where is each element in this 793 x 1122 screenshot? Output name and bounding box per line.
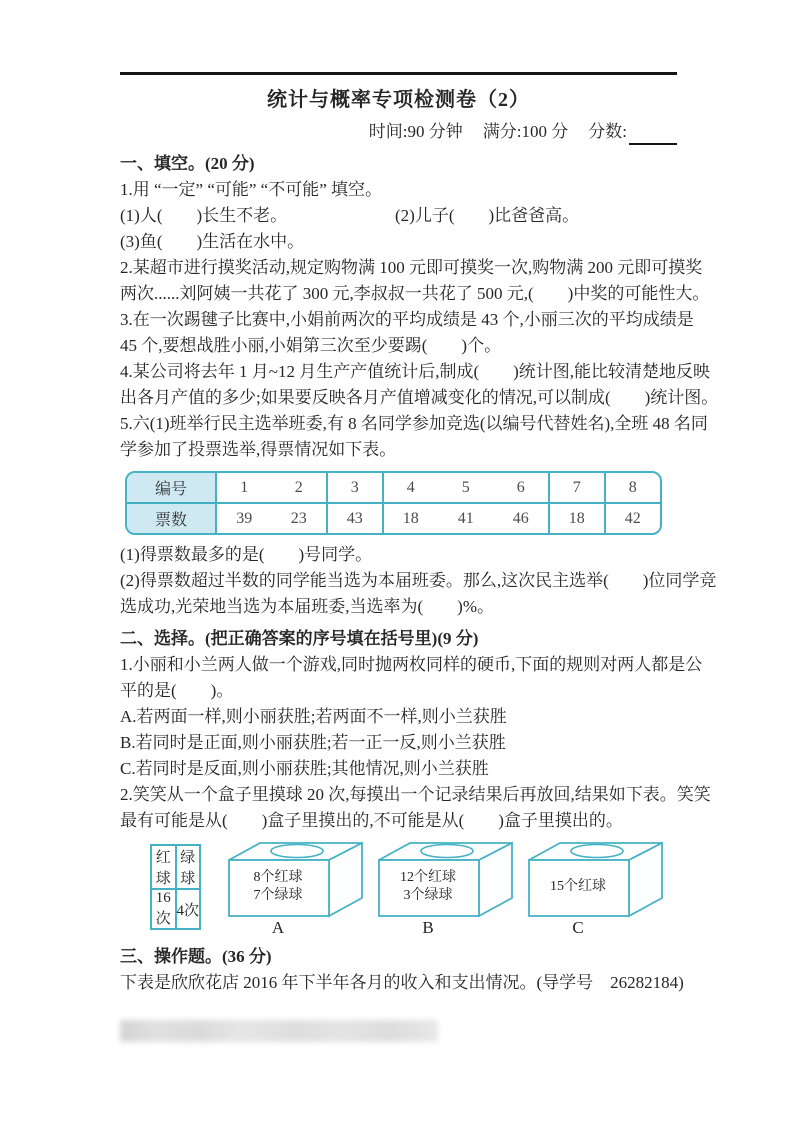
box-b-contents: 12个红球 3个绿球	[379, 860, 477, 914]
box-a-line2: 7个绿球	[254, 887, 303, 905]
section-2-heading: 二、选择。(把正确答案的序号填在括号里)(9 分)	[120, 626, 677, 652]
s1-q5-sub2-line1: (2)得票数超过半数的同学能当选为本届班委。那么,这次民主选举( )位同学竞	[120, 568, 677, 594]
section-3-heading: 三、操作题。(36 分)	[120, 944, 677, 970]
ball-drawing-figure: 红球 绿球 16次 4次 8个红球 7个绿球 A	[150, 838, 677, 938]
s1-q5-line1: 5.六(1)班举行民主选举班委,有 8 名同学参加竞选(以编号代替姓名),全班 …	[120, 411, 677, 437]
box-c-line1: 15个红球	[550, 878, 606, 896]
s2-q2-line1: 2.笑笑从一个盒子里摸球 20 次,每摸出一个记录结果后再放回,结果如下表。笑笑	[120, 782, 677, 808]
s1-q3-line2: 45 个,要想战胜小丽,小娟第三次至少要踢( )个。	[120, 333, 677, 359]
s3-intro: 下表是欣欣花店 2016 年下半年各月的收入和支出情况。(导学号 2628218…	[120, 970, 677, 996]
header-rule	[120, 72, 677, 75]
s1-q5-sub1: (1)得票数最多的是( )号同学。	[120, 542, 677, 568]
s2-q1-option-b: B.若同时是正面,则小丽获胜;若一正一反,则小兰获胜	[120, 730, 677, 756]
vote-count-cell: 41	[438, 503, 494, 533]
box-b: 12个红球 3个绿球 B	[377, 838, 515, 938]
record-header-red: 红球	[151, 845, 176, 889]
vote-count-cell: 43	[327, 503, 383, 533]
s1-q4-line1: 4.某公司将去年 1 月~12 月生产产值统计后,制成( )统计图,能比较清楚地…	[120, 359, 677, 385]
s1-q4-line2: 出各月产值的多少;如果要反映各月产值增减变化的情况,可以制成( )统计图。	[120, 385, 677, 411]
s2-q1-option-a: A.若两面一样,则小丽获胜;若两面不一样,则小兰获胜	[120, 704, 677, 730]
box-a-label: A	[229, 918, 327, 938]
score-label: 分数:	[588, 119, 627, 145]
s1-q1-stem: 1.用 “一定” “可能” “不可能” 填空。	[120, 177, 677, 203]
box-b-line1: 12个红球	[400, 869, 456, 887]
box-c: 15个红球 C	[527, 838, 665, 938]
s2-q1-line1: 1.小丽和小兰两人做一个游戏,同时抛两枚同样的硬币,下面的规则对两人都是公	[120, 652, 677, 678]
vote-table: 编号 1 2 3 4 5 6 7 8 票数 39 23 43 18 41 46 …	[125, 471, 662, 535]
score-blank-line	[629, 123, 677, 145]
vote-count-cell: 42	[605, 503, 661, 533]
s2-q1-line2: 平的是( )。	[120, 678, 677, 704]
s1-q2-line2: 两次......刘阿姨一共花了 300 元,李叔叔一共花了 500 元,( )中…	[120, 281, 677, 307]
vote-id-cell: 7	[549, 473, 605, 503]
vote-table-id-row: 编号 1 2 3 4 5 6 7 8	[127, 473, 660, 503]
box-c-label: C	[529, 918, 627, 938]
vote-count-cell: 18	[383, 503, 439, 533]
box-b-line2: 3个绿球	[404, 887, 453, 905]
s1-q5-sub2-line2: 选成功,光荣地当选为本届班委,当选率为( )%。	[120, 594, 677, 620]
vote-id-cell: 3	[327, 473, 383, 503]
page-title: 统计与概率专项检测卷（2）	[120, 86, 677, 114]
vote-count-cell: 46	[494, 503, 550, 533]
vote-count-cell: 39	[216, 503, 272, 533]
vote-table-votes-row: 票数 39 23 43 18 41 46 18 42	[127, 503, 660, 533]
s1-q1-item2: (2)儿子( )比爸爸高。	[395, 206, 579, 225]
exam-full-score: 满分:100 分	[483, 119, 568, 145]
box-b-label: B	[379, 918, 477, 938]
s1-q1-items-row: (1)人( )长生不老。(2)儿子( )比爸爸高。	[120, 203, 677, 229]
s2-q2-line2: 最有可能是从( )盒子里摸出的,不可能是从( )盒子里摸出的。	[120, 808, 677, 834]
vote-id-cell: 1	[216, 473, 272, 503]
vote-count-cell: 18	[549, 503, 605, 533]
s1-q5-line2: 学参加了投票选举,得票情况如下表。	[120, 437, 677, 463]
s1-q3-line1: 3.在一次踢毽子比赛中,小娟前两次的平均成绩是 43 个,小丽三次的平均成绩是	[120, 307, 677, 333]
s1-q1-item1: (1)人( )长生不老。	[120, 203, 395, 229]
vote-id-cell: 6	[494, 473, 550, 503]
test-paper-page: 统计与概率专项检测卷（2） 时间:90 分钟 满分:100 分 分数: 一、填空…	[120, 72, 677, 996]
vote-id-cell: 5	[438, 473, 494, 503]
vote-id-cell: 8	[605, 473, 661, 503]
vote-table-votes-label: 票数	[127, 503, 216, 533]
redacted-table-preview	[120, 1020, 438, 1042]
s1-q1-item3: (3)鱼( )生活在水中。	[120, 229, 677, 255]
record-header-green: 绿球	[176, 845, 201, 889]
record-value-green: 4次	[176, 889, 201, 929]
exam-meta-line: 时间:90 分钟 满分:100 分 分数:	[120, 119, 677, 145]
box-a: 8个红球 7个绿球 A	[227, 838, 365, 938]
box-c-contents: 15个红球	[529, 860, 627, 914]
record-value-red: 16次	[151, 889, 176, 929]
vote-id-cell: 4	[383, 473, 439, 503]
box-a-contents: 8个红球 7个绿球	[229, 860, 327, 914]
s2-q1-option-c: C.若同时是反面,则小丽获胜;其他情况,则小兰获胜	[120, 756, 677, 782]
exam-time: 时间:90 分钟	[369, 119, 463, 145]
vote-id-cell: 2	[272, 473, 328, 503]
draw-record-table: 红球 绿球 16次 4次	[150, 844, 201, 930]
section-1-heading: 一、填空。(20 分)	[120, 151, 677, 177]
s1-q2-line1: 2.某超市进行摸奖活动,规定购物满 100 元即可摸奖一次,购物满 200 元即…	[120, 255, 677, 281]
ball-boxes: 8个红球 7个绿球 A 12个红球 3个绿球 B	[227, 838, 677, 938]
vote-table-id-label: 编号	[127, 473, 216, 503]
vote-count-cell: 23	[272, 503, 328, 533]
box-a-line1: 8个红球	[254, 869, 303, 887]
